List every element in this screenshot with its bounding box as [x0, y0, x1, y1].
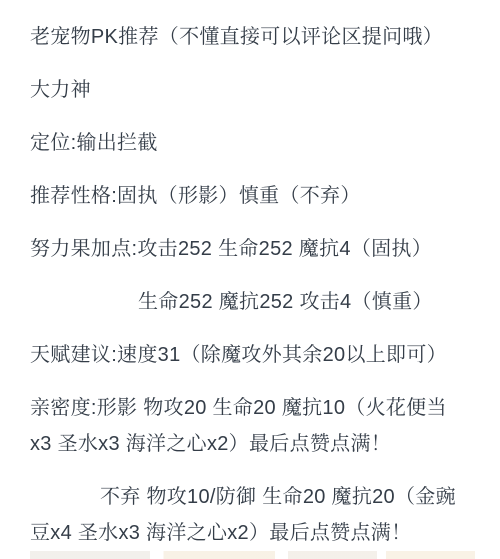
position-line: 定位:输出拦截: [30, 129, 480, 157]
personality-line: 推荐性格:固执（形影）慎重（不弃）: [30, 182, 480, 210]
effort-points-line-2: 生命252 魔抗252 攻击4（慎重）: [30, 288, 480, 316]
guide-text-block: 老宠物PK推荐（不懂直接可以评论区提问哦） 大力神 定位:输出拦截 推荐性格:固…: [0, 0, 500, 547]
talent-advice-line: 天赋建议:速度31（除魔攻外其余20以上即可）: [30, 341, 480, 369]
intimacy-alt-line-1: 不弃 物攻10/防御 生命20 魔抗20（金豌: [30, 483, 480, 511]
intimacy-alt-line-2: 豆x4 圣水x3 海洋之心x2）最后点赞点满！: [30, 519, 480, 547]
pet-name-line: 大力神: [30, 76, 480, 104]
guide-title-line: 老宠物PK推荐（不懂直接可以评论区提问哦）: [30, 23, 480, 51]
effort-points-line-1: 努力果加点:攻击252 生命252 魔抗4（固执）: [30, 235, 480, 263]
next-line-cutoff: [30, 551, 475, 559]
intimacy-line-2: x3 圣水x3 海洋之心x2）最后点赞点满！: [30, 430, 480, 458]
intimacy-line-1: 亲密度:形影 物攻20 生命20 魔抗10（火花便当: [30, 394, 480, 422]
guide-page: 老宠物PK推荐（不懂直接可以评论区提问哦） 大力神 定位:输出拦截 推荐性格:固…: [0, 0, 500, 559]
